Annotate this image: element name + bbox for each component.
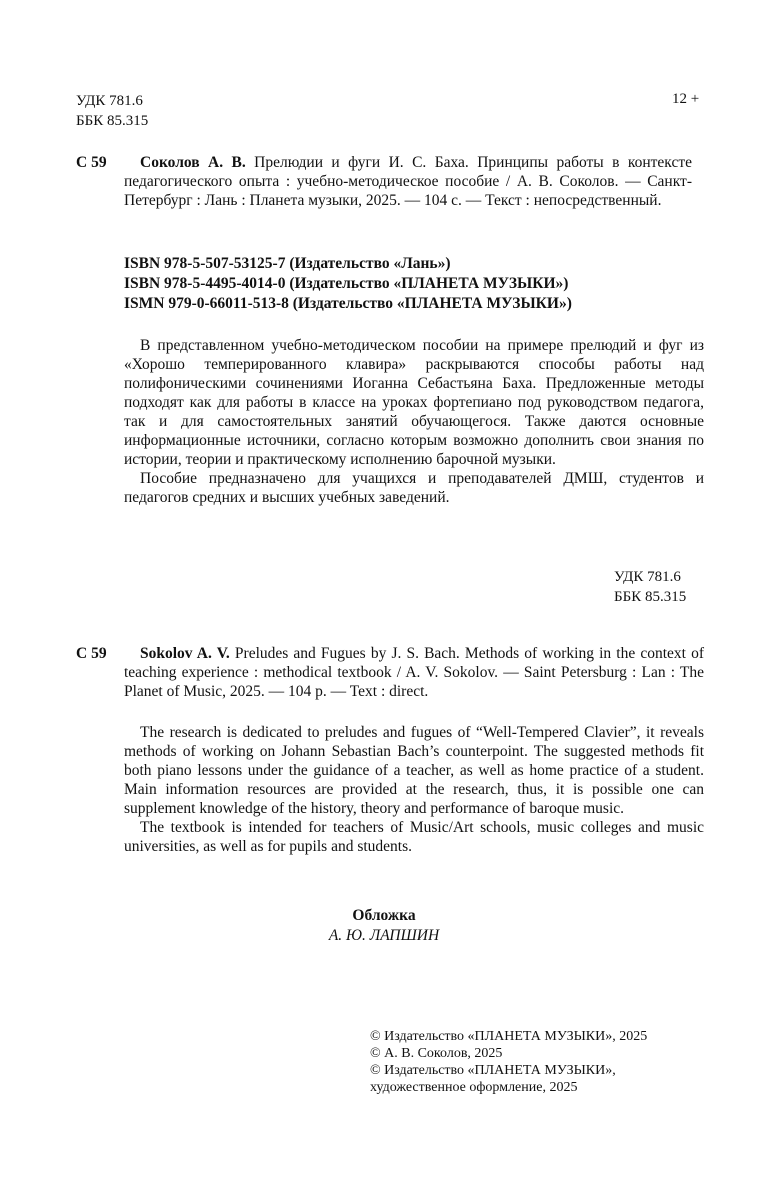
annotation-en: The research is dedicated to preludes an… [124, 723, 704, 856]
cover-label: Обложка [0, 906, 768, 926]
entry-body: Соколов А. В. Прелюдии и фуги И. С. Баха… [124, 153, 692, 210]
author-mark: С 59 [76, 153, 107, 172]
copyright-line: художественное оформление, 2025 [370, 1079, 647, 1096]
annotation-paragraph: The research is dedicated to preludes an… [124, 723, 704, 818]
classification-codes-top: УДК 781.6 ББК 85.315 [76, 91, 148, 131]
udk-code: УДК 781.6 [76, 91, 148, 111]
udk-code: УДК 781.6 [614, 567, 686, 587]
annotation-paragraph: The textbook is intended for teachers of… [124, 818, 704, 856]
annotation-paragraph: В представленном учебно-методическом пос… [124, 336, 704, 469]
annotation-paragraph: Пособие предназначено для учащихся и пре… [124, 469, 704, 507]
cover-designer: А. Ю. ЛАПШИН [0, 926, 768, 946]
bibliographic-entry-ru: С 59 Соколов А. В. Прелюдии и фуги И. С.… [76, 153, 692, 210]
isbn-line: ISBN 978-5-507-53125-7 (Издательство «Ла… [124, 254, 572, 274]
bbk-code: ББК 85.315 [76, 111, 148, 131]
cover-credit: Обложка А. Ю. ЛАПШИН [0, 906, 768, 946]
copyright-line: © А. В. Соколов, 2025 [370, 1045, 647, 1062]
copyright-line: © Издательство «ПЛАНЕТА МУЗЫКИ», [370, 1062, 647, 1079]
age-rating: 12 + [672, 91, 699, 108]
bibliographic-entry-en: С 59 Sokolov A. V. Preludes and Fugues b… [76, 644, 704, 701]
copyright-block: © Издательство «ПЛАНЕТА МУЗЫКИ», 2025 © … [370, 1028, 647, 1096]
entry-body: Sokolov A. V. Preludes and Fugues by J. … [124, 644, 704, 701]
isbn-list: ISBN 978-5-507-53125-7 (Издательство «Ла… [124, 254, 572, 314]
isbn-line: ISBN 978-5-4495-4014-0 (Издательство «ПЛ… [124, 274, 572, 294]
classification-codes-mid: УДК 781.6 ББК 85.315 [614, 567, 686, 607]
ismn-line: ISMN 979-0-66011-513-8 (Издательство «ПЛ… [124, 294, 572, 314]
annotation-ru: В представленном учебно-методическом пос… [124, 336, 704, 507]
author-mark: С 59 [76, 644, 107, 663]
author-name: Соколов А. В. [140, 154, 246, 171]
bbk-code: ББК 85.315 [614, 587, 686, 607]
author-name: Sokolov A. V. [140, 645, 230, 662]
copyright-line: © Издательство «ПЛАНЕТА МУЗЫКИ», 2025 [370, 1028, 647, 1045]
